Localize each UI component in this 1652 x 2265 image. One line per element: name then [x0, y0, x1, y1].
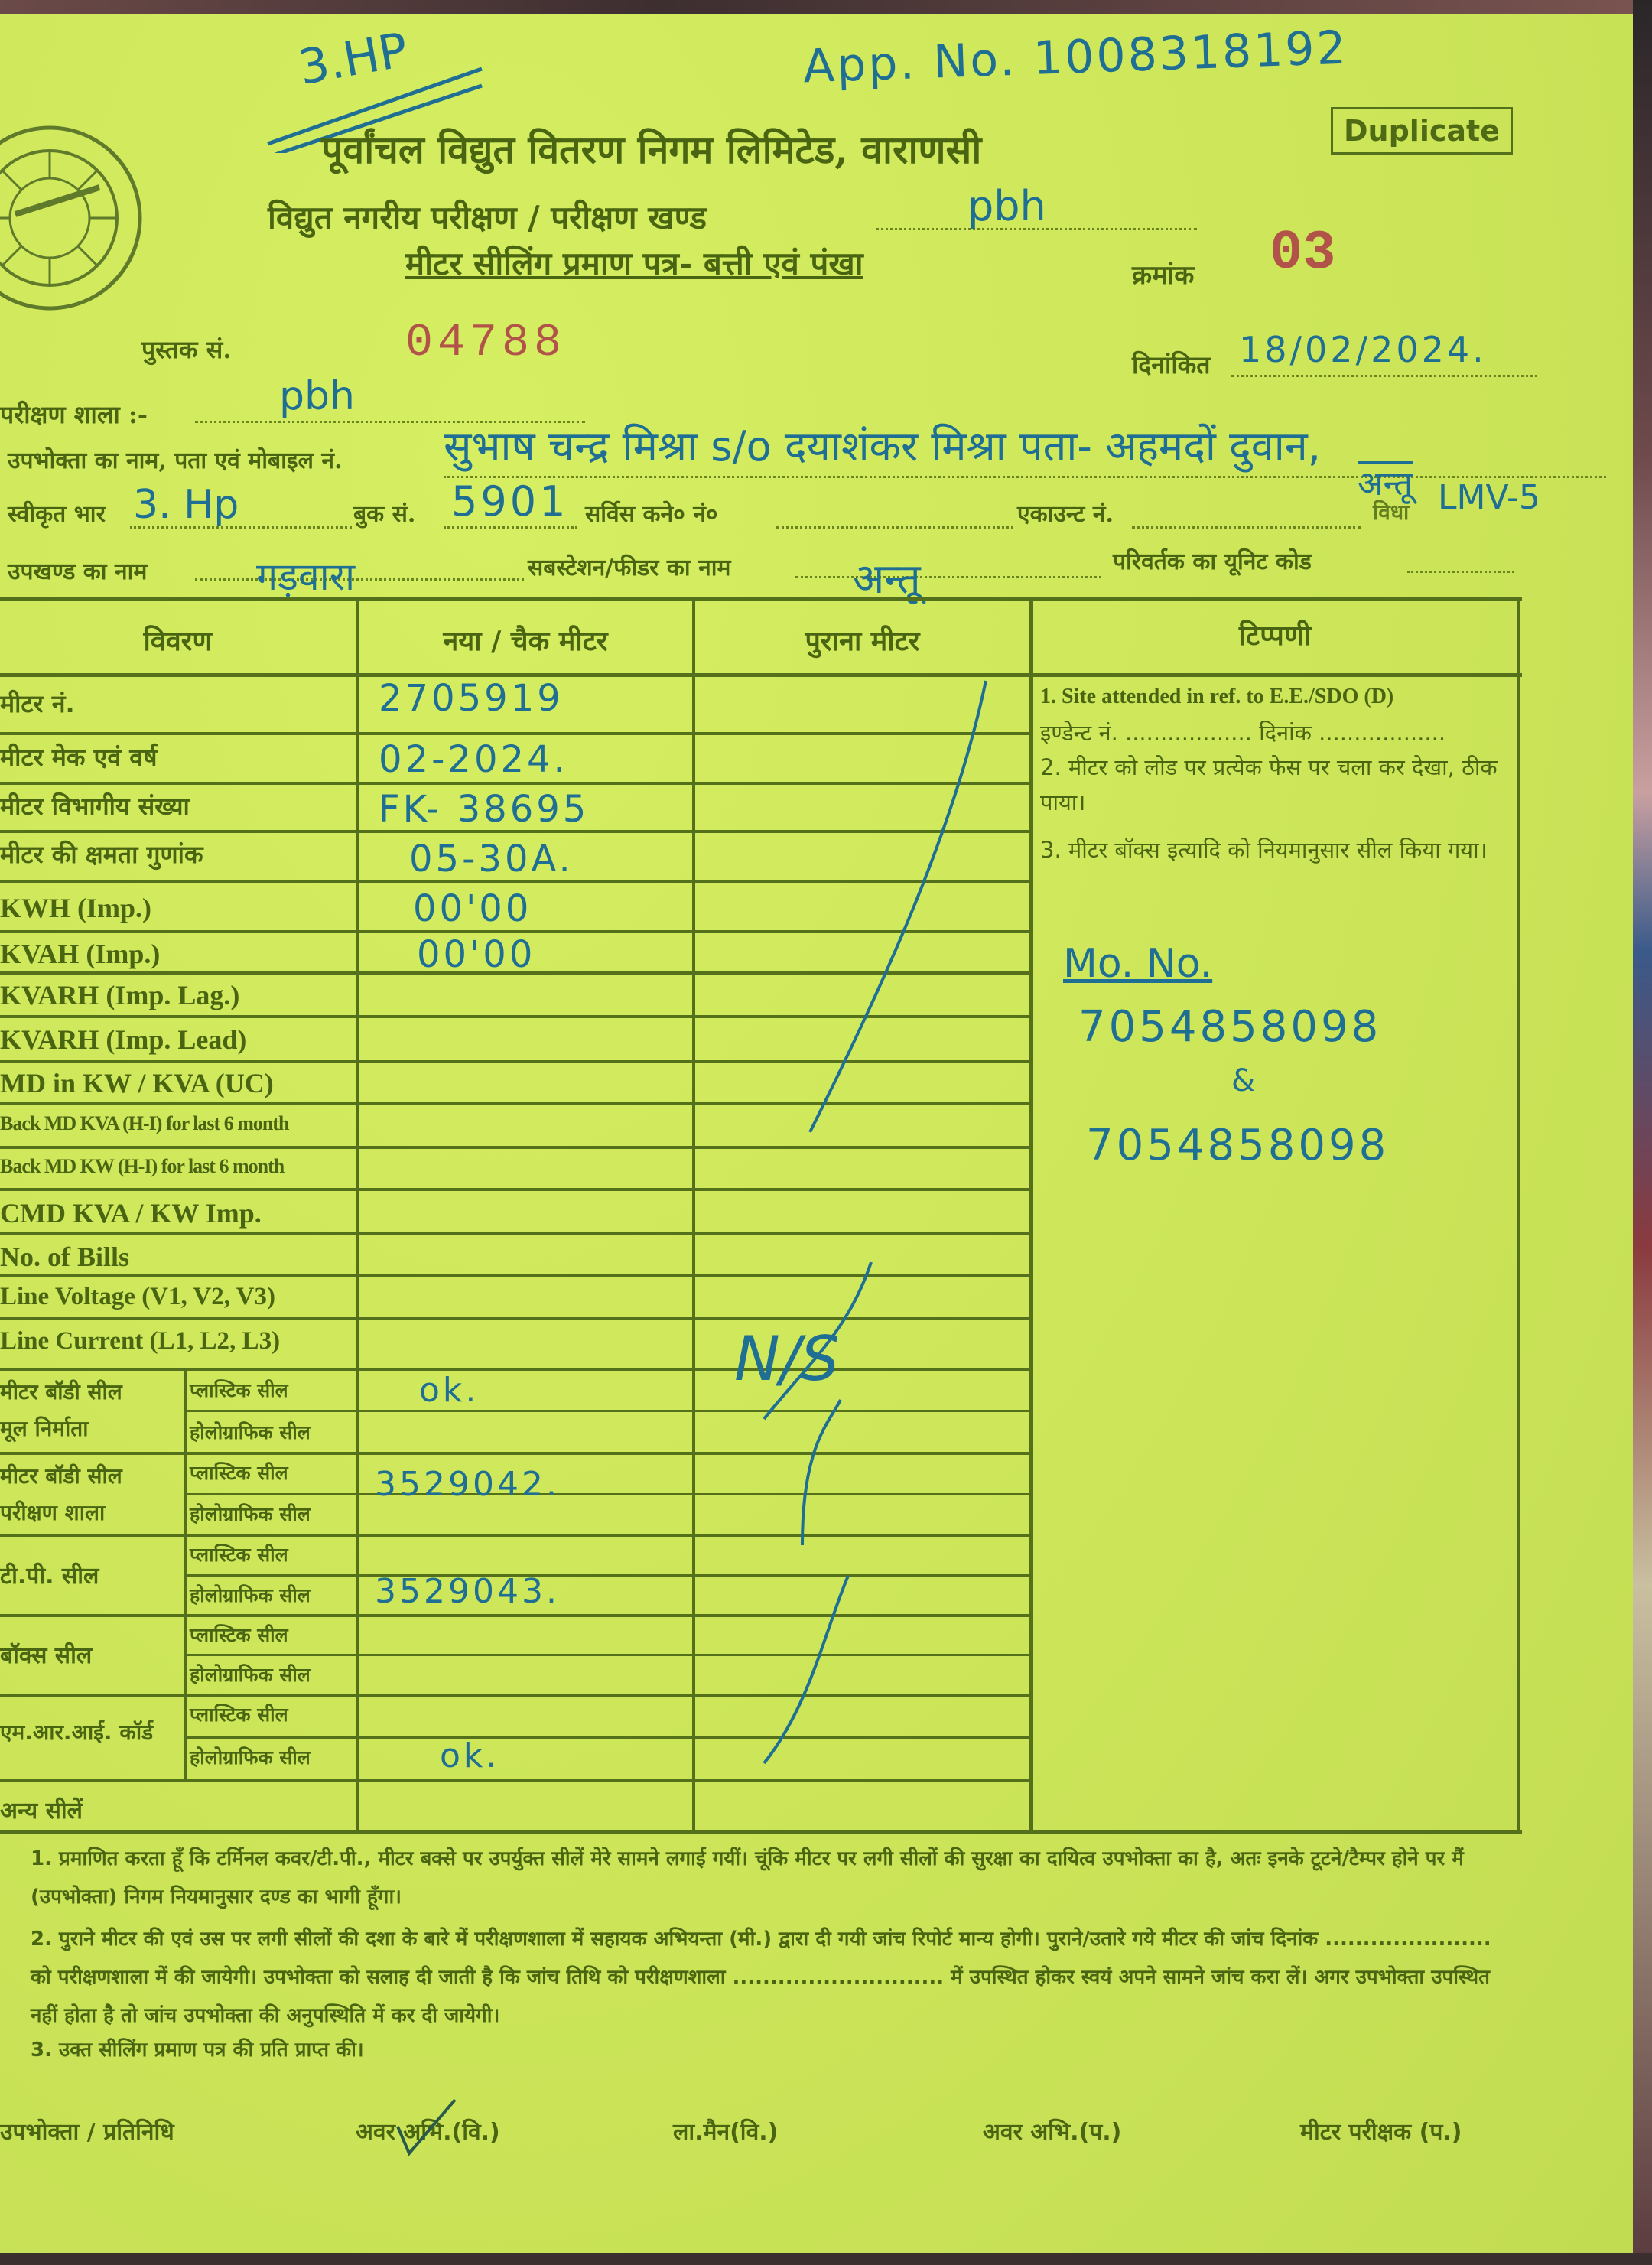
book-label: बुक सं. [353, 497, 415, 529]
row-value-meter-make-year: 02-2024. [379, 738, 568, 781]
consumer-field: सुभाष चन्द्र मिश्रा s/o दयाशंकर मिश्रा प… [444, 468, 1606, 478]
header-old-meter: पुराना मीटर [695, 621, 1029, 659]
other-seals-label: अन्य सीलें [0, 1794, 83, 1825]
book-value: 5901 [451, 477, 568, 526]
background-bottom [0, 2253, 1652, 2265]
book-number: 04788 [405, 317, 566, 369]
service-connection-field[interactable] [776, 520, 1013, 529]
seal-2-holo-label: होलोग्राफिक सील [190, 1501, 311, 1527]
row-value-kvah: 00'00 [417, 933, 535, 976]
seal-3-holo-label: होलोग्राफिक सील [190, 1582, 311, 1608]
background-right [1633, 0, 1652, 2265]
division-field: pbh [876, 205, 1197, 230]
duplicate-badge: Duplicate [1331, 107, 1513, 155]
seal-group-label-1b: मूल निर्माता [0, 1414, 88, 1443]
seal-group-label-5: एम.आर.आई. कॉर्ड [0, 1717, 153, 1746]
lab-label: परीक्षण शाला :- [0, 398, 148, 431]
row-label-bills: No. of Bills [0, 1241, 129, 1273]
row-value-meter-number: 2705919 [379, 677, 564, 720]
row-label-dept-number: मीटर विभागीय संख्या [0, 789, 190, 822]
mobile-and: & [1231, 1063, 1255, 1098]
signature-consumer: उपभोक्ता / प्रतिनिधि [0, 2115, 174, 2146]
remark-item-1: 1. Site attended in ref. to E.E./SDO (D) [1040, 679, 1514, 714]
date-value: 18/02/2024. [1239, 329, 1487, 370]
consumer-value: सुभाष चन्द्र मिश्रा s/o दयाशंकर मिश्रा प… [444, 416, 1321, 473]
mobile-number-2: 7054858098 [1086, 1121, 1389, 1170]
serial-number: 03 [1270, 222, 1335, 285]
mobile-label: Mo. No. [1063, 941, 1212, 987]
date-field: 18/02/2024. [1231, 367, 1537, 377]
declaration-3: 3. उक्त सीलिंग प्रमाण पत्र की प्रति प्रा… [31, 2031, 1514, 2069]
sanctioned-load-label: स्वीकृत भार [8, 497, 106, 529]
seal-2-plastic-value: 3529042. [375, 1465, 560, 1504]
remark-item-1-indent: इण्डेन्ट नं. .................. दिनांक .… [1040, 715, 1514, 750]
row-label-back-md-kva: Back MD KVA (H-I) for last 6 month [0, 1112, 288, 1135]
category-label: विधा [1373, 497, 1409, 526]
consumer-label: उपभोक्ता का नाम, पता एवं मोबाइल नं. [8, 444, 343, 475]
seal-1-plastic-value: ok. [419, 1371, 479, 1410]
seal-5-plastic-label: प्लास्टिक सील [190, 1701, 288, 1727]
duplicate-badge-label: Duplicate [1344, 114, 1500, 148]
header-new-meter: नया / चैक मीटर [359, 621, 692, 659]
header-description: विवरण [0, 621, 356, 659]
date-label: दिनांकित [1132, 348, 1210, 381]
subdivision-label: उपखण्ड का नाम [8, 555, 147, 586]
old-meter-strike-icon [695, 673, 1029, 1830]
row-label-line-voltage: Line Voltage (V1, V2, V3) [0, 1283, 275, 1311]
signature-meter-tester: मीटर परीक्षक (प.) [1300, 2115, 1462, 2146]
company-logo-icon [0, 122, 145, 314]
seal-2-plastic-label: प्लास्टिक सील [190, 1460, 288, 1486]
subdivision-field: गड़वारा [195, 572, 524, 581]
remark-item-2: 2. मीटर को लोड पर प्रत्येक फेस पर चला कर… [1040, 750, 1507, 820]
declaration-2: 2. पुराने मीटर की एवं उस पर लगी सीलों की… [31, 1920, 1514, 2035]
account-field[interactable] [1132, 520, 1361, 529]
row-label-meter-number: मीटर नं. [0, 687, 75, 720]
serial-label: क्रमांक [1132, 256, 1194, 291]
row-value-capacity: 05-30A. [409, 838, 574, 880]
subdivision-value: गड़वारा [256, 549, 355, 601]
seal-1-plastic-label: प्लास्टिक सील [190, 1377, 288, 1403]
remark-item-3: 3. मीटर बॉक्स इत्यादि को नियमानुसार सील … [1040, 832, 1499, 867]
row-label-kwh: KWH (Imp.) [0, 892, 151, 924]
division-value: pbh [967, 182, 1046, 230]
seal-3-plastic-label: प्लास्टिक सील [190, 1541, 288, 1567]
row-label-md: MD in KW / KVA (UC) [0, 1067, 274, 1099]
old-meter-note: N/S [734, 1323, 840, 1394]
book-number-label: पुस्तक सं. [141, 333, 231, 366]
account-label: एकाउन्ट नं. [1017, 497, 1114, 529]
organization-name: पूर्वांचल विद्युत वितरण निगम लिमिटेड, वा… [321, 122, 981, 174]
division-label: विद्युत नगरीय परीक्षण / परीक्षण खण्ड [268, 195, 707, 239]
seal-group-label-2b: परीक्षण शाला [0, 1498, 105, 1527]
category-value: LMV-5 [1438, 478, 1540, 517]
seal-1-holo-label: होलोग्राफिक सील [190, 1419, 311, 1445]
seal-group-label-3: टी.पी. सील [0, 1559, 99, 1590]
seal-group-label-2a: मीटर बॉडी सील [0, 1461, 122, 1490]
seal-4-plastic-label: प्लास्टिक सील [190, 1622, 288, 1648]
row-value-dept-number: FK- 38695 [379, 788, 589, 831]
row-label-kvarh-lag: KVARH (Imp. Lag.) [0, 979, 239, 1011]
seal-group-label-4: बॉक्स सील [0, 1639, 92, 1670]
form-title: मीटर सीलिंग प्रमाण पत्र- बत्ती एवं पंखा [405, 241, 863, 285]
row-label-meter-make-year: मीटर मेक एवं वर्ष [0, 740, 158, 773]
row-label-capacity: मीटर की क्षमता गुणांक [0, 838, 203, 871]
signature-lineman: ला.मैन(वि.) [673, 2115, 778, 2146]
substation-field: अन्तू [795, 570, 1101, 578]
service-connection-label: सर्विस कने० नं० [585, 497, 717, 529]
row-label-cmd: CMD KVA / KW Imp. [0, 1197, 262, 1229]
seal-4-holo-label: होलोग्राफिक सील [190, 1661, 311, 1687]
sanctioned-load-field: 3. Hp [130, 520, 352, 529]
transformer-code-field[interactable] [1407, 565, 1514, 573]
row-label-line-current: Line Current (L1, L2, L3) [0, 1327, 280, 1355]
seal-5-holo-label: होलोग्राफिक सील [190, 1744, 311, 1770]
row-label-kvarh-lead: KVARH (Imp. Lead) [0, 1023, 246, 1056]
sanctioned-load-value: 3. Hp [133, 482, 239, 528]
signature-junior-engineer-test: अवर अभि.(प.) [983, 2115, 1121, 2146]
row-label-back-md-kw: Back MD KW (H-I) for last 6 month [0, 1155, 284, 1178]
substation-label: सबस्टेशन/फीडर का नाम [528, 551, 731, 582]
transformer-code-label: परिवर्तक का यूनिट कोड [1113, 545, 1312, 576]
signature-checkmark-icon [390, 2096, 459, 2157]
seal-group-label-1a: मीटर बॉडी सील [0, 1377, 122, 1406]
seal-3-holo-value: 3529043. [375, 1572, 560, 1611]
header-remarks: टिप्पणी [1033, 616, 1517, 653]
lab-value: pbh [279, 373, 355, 419]
book-field: 5901 [444, 520, 577, 529]
row-label-kvah: KVAH (Imp.) [0, 938, 160, 970]
seal-5-holo-value: ok. [440, 1736, 499, 1775]
row-value-kwh: 00'00 [413, 887, 532, 930]
declaration-1: 1. प्रमाणित करता हूँ कि टर्मिनल कवर/टी.प… [31, 1840, 1514, 1916]
mobile-number-1: 7054858098 [1078, 1002, 1381, 1052]
meter-details-table: विवरण नया / चैक मीटर पुराना मीटर टिप्पणी… [0, 597, 1522, 1836]
